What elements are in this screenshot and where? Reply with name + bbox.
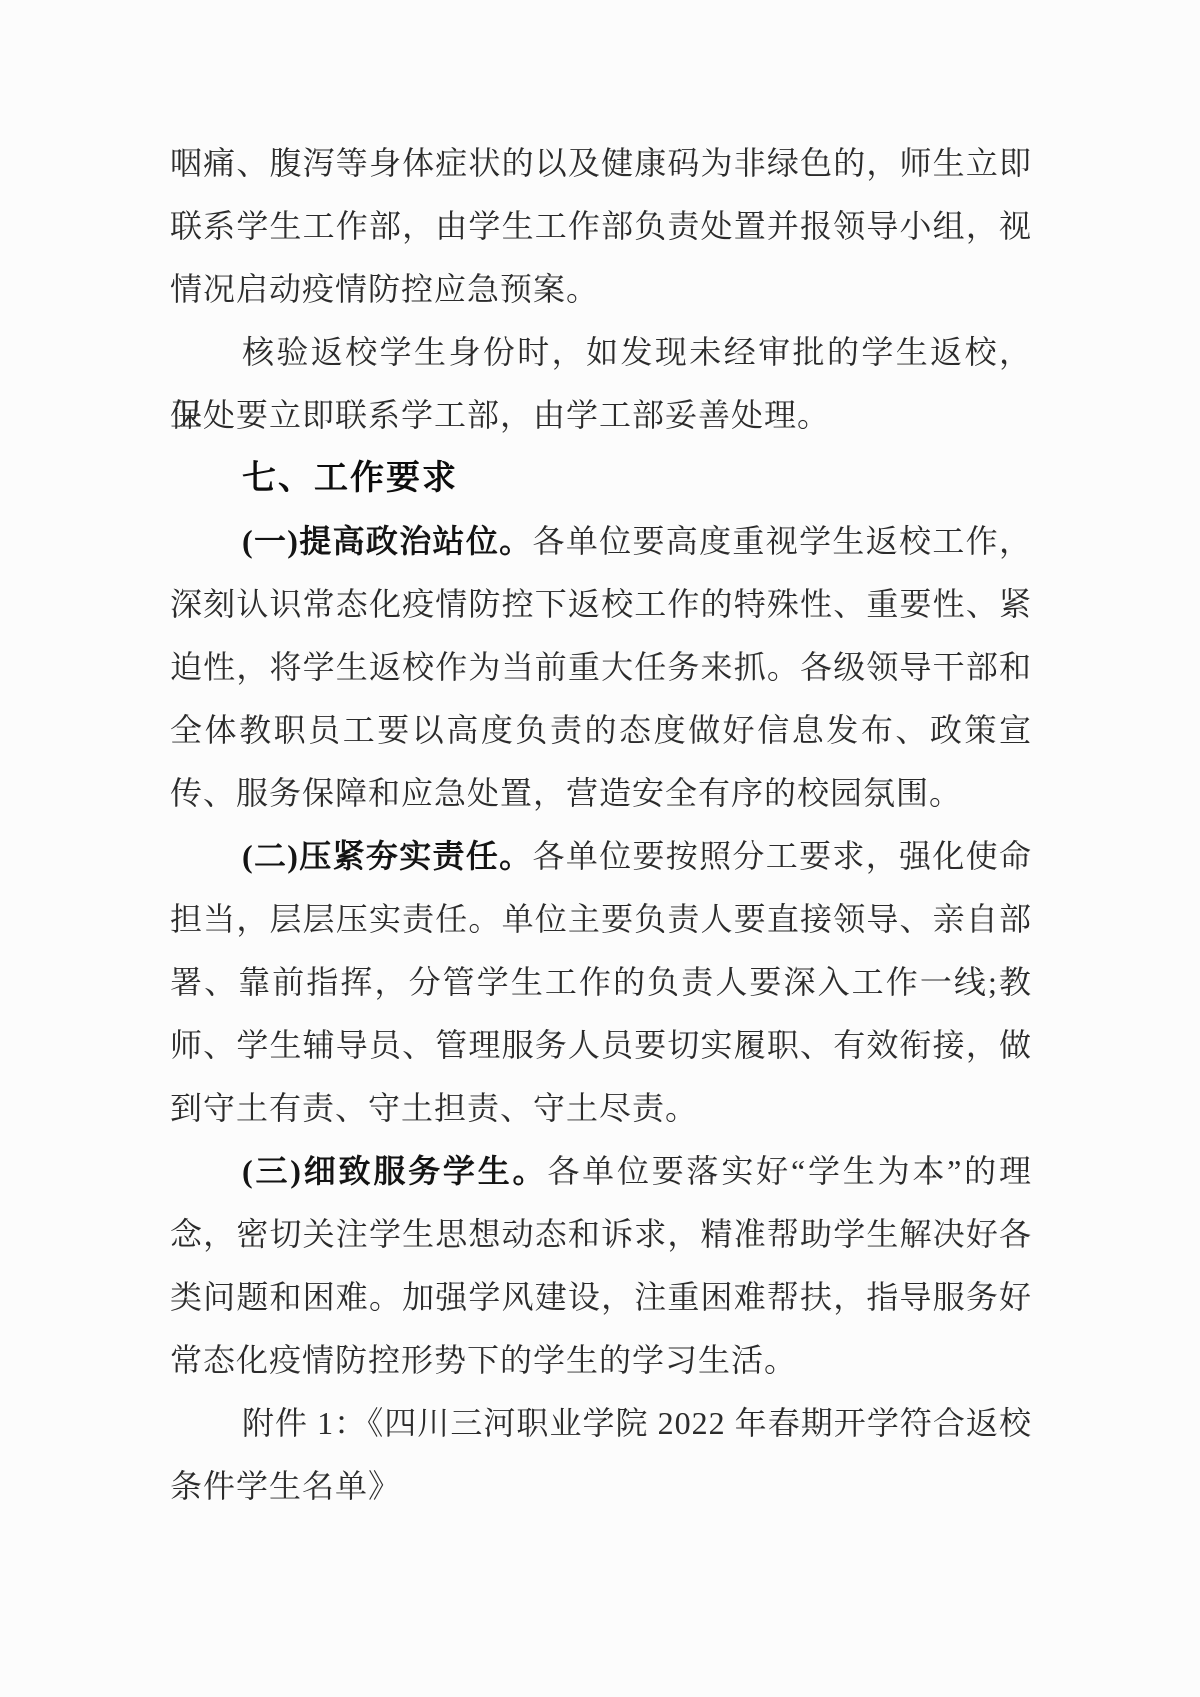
paragraph-text: 各单位要高度重视学生返校工作， <box>533 523 1032 559</box>
text-line: 常态化疫情防控形势下的学生的学习生活。 <box>170 1329 1032 1392</box>
text-line: (一)提高政治站位。各单位要高度重视学生返校工作， <box>170 510 1032 573</box>
paragraph-lead-bold: (三)细致服务学生。 <box>242 1153 547 1189</box>
text-line: 署、靠前指挥，分管学生工作的负责人要深入工作一线;教 <box>170 951 1032 1014</box>
document-page: 咽痛、腹泻等身体症状的以及健康码为非绿色的，师生立即 联系学生工作部，由学生工作… <box>0 0 1200 1697</box>
paragraph-text: 各单位要落实好“学生为本”的理 <box>547 1153 1032 1189</box>
paragraph-text: 各单位要按照分工要求，强化使命 <box>533 838 1032 874</box>
text-line: 深刻认识常态化疫情防控下返校工作的特殊性、重要性、紧 <box>170 573 1032 636</box>
text-line: 担当，层层压实责任。单位主要负责人要直接领导、亲自部 <box>170 888 1032 951</box>
text-line: 师、学生辅导员、管理服务人员要切实履职、有效衔接，做 <box>170 1014 1032 1077</box>
document-text-column: 咽痛、腹泻等身体症状的以及健康码为非绿色的，师生立即 联系学生工作部，由学生工作… <box>170 132 1032 1518</box>
text-line: 卫处要立即联系学工部，由学工部妥善处理。 <box>170 384 1032 447</box>
text-line: 咽痛、腹泻等身体症状的以及健康码为非绿色的，师生立即 <box>170 132 1032 195</box>
attachment-reference: 附件 1：《四川三河职业学院 2022 年春期开学符合返校 <box>170 1392 1032 1455</box>
paragraph-lead-bold: (二)压紧夯实责任。 <box>242 838 533 874</box>
text-line: 情况启动疫情防控应急预案。 <box>170 258 1032 321</box>
text-line: 联系学生工作部，由学生工作部负责处置并报领导小组，视 <box>170 195 1032 258</box>
attachment-reference: 条件学生名单》 <box>170 1455 1032 1518</box>
text-line: (二)压紧夯实责任。各单位要按照分工要求，强化使命 <box>170 825 1032 888</box>
text-line: 核验返校学生身份时，如发现未经审批的学生返校，保 <box>170 321 1032 384</box>
text-line: 迫性，将学生返校作为当前重大任务来抓。各级领导干部和 <box>170 636 1032 699</box>
text-line: 到守土有责、守土担责、守土尽责。 <box>170 1077 1032 1140</box>
paragraph-lead-bold: (一)提高政治站位。 <box>242 523 533 559</box>
section-heading: 七、工作要求 <box>170 447 1032 510</box>
text-line: 类问题和困难。加强学风建设，注重困难帮扶，指导服务好 <box>170 1266 1032 1329</box>
text-line: 传、服务保障和应急处置，营造安全有序的校园氛围。 <box>170 762 1032 825</box>
text-line: 全体教职员工要以高度负责的态度做好信息发布、政策宣 <box>170 699 1032 762</box>
text-line: 念，密切关注学生思想动态和诉求，精准帮助学生解决好各 <box>170 1203 1032 1266</box>
text-line: (三)细致服务学生。各单位要落实好“学生为本”的理 <box>170 1140 1032 1203</box>
